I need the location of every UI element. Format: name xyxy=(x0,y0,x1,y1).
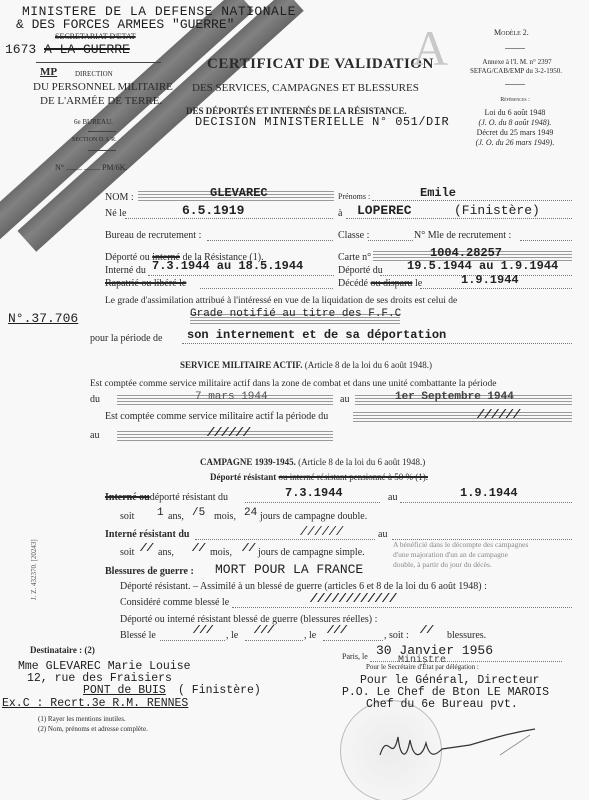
campagne-au-label: au xyxy=(388,492,397,503)
classe-label: Classe : xyxy=(338,230,369,241)
reference-4: (J. O. du 26 mars 1949). xyxy=(460,138,570,147)
struck-rapatrie: Rapatrié ou libéré le xyxy=(105,278,186,289)
ans2-label: ans, xyxy=(158,547,174,558)
birth-date: 6.5.1919 xyxy=(182,203,244,218)
blessures-count-label: blessures. xyxy=(447,630,486,641)
soit2-ans-value: // xyxy=(140,543,153,555)
destinataire-label: Destinataire : (2) xyxy=(30,645,95,655)
grade-number: N°.37.706 xyxy=(8,311,78,326)
grade-value: Grade notifié au titre des F.F.C xyxy=(190,308,401,320)
service-line-2-value: ////// xyxy=(477,408,520,422)
nom-label: NOM : xyxy=(105,192,134,203)
footnote-2: (2) Nom, prénoms et adresse complète. xyxy=(38,725,148,733)
section-label: SECTION D. I. R. xyxy=(72,137,117,143)
prenoms-value: Emile xyxy=(420,186,456,200)
annexe-line-2: SEFAG/CAB/EMP du 3-2-1950. xyxy=(452,67,580,75)
armee-label: DE L'ARMÉE DE TERRE. xyxy=(40,95,162,107)
certificate-title: CERTIFICAT DE VALIDATION xyxy=(207,56,434,73)
le-label-1: , le xyxy=(226,630,238,641)
campagne-deporte-line: Déporté résistant ou interné résistant p… xyxy=(210,472,428,482)
campagne-au-date: 1.9.1944 xyxy=(460,486,518,500)
a-label: à xyxy=(338,208,342,219)
service-au2-value: ////// xyxy=(207,426,250,440)
blesse-2: /// xyxy=(254,625,274,637)
ministry-line-2: & DES FORCES ARMEES "GUERRE" xyxy=(16,17,234,32)
periode-value: son internement et de sa déportation xyxy=(187,328,446,342)
considere-value: //////////// xyxy=(310,592,396,606)
interne-resistant-du: ////// xyxy=(300,525,343,539)
birth-place: LOPEREC xyxy=(357,203,412,218)
modele-label: Modèle 2. xyxy=(494,28,529,37)
assimile-line: Déporté résistant. – Assimilé à un bless… xyxy=(120,581,487,592)
carte-number: 1004.28257 xyxy=(430,246,502,260)
periode-label: pour la période de xyxy=(90,333,162,344)
service-du-value: 7 mars 1944 xyxy=(195,391,268,403)
mois-label: mois, xyxy=(214,511,236,522)
campagne-ans-value: 1 xyxy=(157,507,164,519)
prenoms-label: Prénoms : xyxy=(338,192,370,201)
ans-label: ans, xyxy=(168,511,184,522)
soit-label: soit xyxy=(120,511,134,522)
service-line-1: Est comptée comme service militaire acti… xyxy=(90,379,497,389)
campagne-row-1-label: Interné oudéporté résistant du xyxy=(105,492,228,503)
considere-label: Considéré comme blessé le xyxy=(120,597,229,608)
direction-label: DIRECTION xyxy=(75,70,113,78)
reference-3: Décret du 25 mars 1949 xyxy=(460,128,570,137)
footnote-1: (1) Rayer les mentions inutiles. xyxy=(38,715,126,723)
majoration-stamp: A bénéficié dans le décompte des campagn… xyxy=(393,540,528,570)
nom-value: GLEVAREC xyxy=(210,186,268,200)
destinataire-line-4: Ex.C : Recrt.3e R.M. RENNES xyxy=(2,697,188,710)
service-actif-heading: SERVICE MILITAIRE ACTIF. (Article 8 de l… xyxy=(180,360,432,370)
campagne-mois-value: /5 xyxy=(192,507,205,519)
campagne-du-date: 7.3.1944 xyxy=(285,486,343,500)
au-label: au xyxy=(340,394,349,405)
jours-simple-label: jours de campagne simple. xyxy=(258,547,365,558)
paris-label: Paris, le xyxy=(342,652,368,661)
decede-label: Décédé ou disparu le xyxy=(338,278,422,289)
le-label-2: , le xyxy=(304,630,316,641)
interne-resistant-label: Interné résistant du xyxy=(105,529,189,540)
struck-guerre: A LA GUERRE xyxy=(44,42,130,57)
decede-date: 1.9.1944 xyxy=(461,273,519,287)
handwritten-signature xyxy=(370,725,550,775)
carte-label: Carte n° xyxy=(338,252,371,263)
campagne-jours-value: 24 xyxy=(244,507,257,519)
soit2-jours-value: // xyxy=(242,543,255,555)
mois2-label: mois, xyxy=(210,547,232,558)
blessures-value: MORT POUR LA FRANCE xyxy=(215,562,363,577)
au2-label: au xyxy=(90,430,99,441)
reference-1: Loi du 6 août 1948 xyxy=(465,108,565,117)
deporte-du-label: Déporté du xyxy=(338,265,383,276)
personnel-label: DU PERSONNEL MILITAIRE xyxy=(33,81,173,93)
reference-2: (J. O. du 8 août 1948). xyxy=(465,118,565,127)
number-field: N° ........ ........ PM/6K. xyxy=(55,163,128,172)
birth-department: (Finistère) xyxy=(454,203,540,218)
soit-blesse-label: , soit : xyxy=(384,630,409,641)
reference-number: 1673 xyxy=(5,42,36,57)
soit-blesse-value: // xyxy=(420,625,433,637)
matricule-label: N° Mle de recrutement : xyxy=(414,230,511,241)
bureau-recrutement-label: Bureau de recrutement : xyxy=(105,230,201,241)
margin-print-reference: J. Z. 432370. [20243] xyxy=(30,539,38,600)
soit2-mois-value: // xyxy=(192,543,205,555)
du-label: du xyxy=(90,394,100,405)
ne-le-label: Né le xyxy=(105,208,126,219)
service-au-value: 1er Septembre 1944 xyxy=(395,391,514,403)
service-line-2: Est comptée comme service militaire acti… xyxy=(105,411,328,422)
references-label: Références : xyxy=(475,97,555,103)
mp-label: MP xyxy=(40,66,57,78)
reelles-line: Déporté ou interné résistant blessé de g… xyxy=(120,614,377,625)
service-line-2-field xyxy=(353,411,572,422)
signature-line-3: Chef du 6e Bureau pvt. xyxy=(366,698,518,711)
soit2-label: soit xyxy=(120,547,134,558)
destinataire-line-3b: ( Finistère) xyxy=(178,684,261,697)
decision-ministerielle: DECISION MINISTERIELLE N° 051/DIR xyxy=(195,115,449,129)
blesse-3: /// xyxy=(327,625,347,637)
bureau-label: 6e BUREAU. xyxy=(74,118,113,126)
jours-double-label: jours de campagne double. xyxy=(260,511,367,522)
pour-le-secretaire: Pour le Secrétaire d'État par délégation… xyxy=(366,663,479,671)
grade-intro: Le grade d'assimilation attribué à l'int… xyxy=(105,296,457,306)
blesse-le-label: Blessé le xyxy=(120,630,156,641)
interne-resistant-au-label: au xyxy=(378,529,387,540)
struck-secretariat: SECRETARIAT D'ETAT xyxy=(55,32,136,41)
interne-period: 7.3.1944 au 18.5.1944 xyxy=(152,259,303,273)
blesse-1: /// xyxy=(193,625,213,637)
certificate-subtitle-1: DES SERVICES, CAMPAGNES ET BLESSURES xyxy=(192,82,419,94)
annexe-line-1: Annexe à l'I. M. n° 2397 xyxy=(467,58,567,66)
interne-label: Interné du xyxy=(105,265,146,276)
stamp-letter-a: A xyxy=(412,25,436,71)
deporte-period: 19.5.1944 au 1.9.1944 xyxy=(407,259,558,273)
campagne-heading: CAMPAGNE 1939-1945. (Article 8 de la loi… xyxy=(200,457,425,467)
blessures-label: Blessures de guerre : xyxy=(105,566,194,577)
destinataire-line-3a: PONT de BUIS xyxy=(83,684,166,697)
